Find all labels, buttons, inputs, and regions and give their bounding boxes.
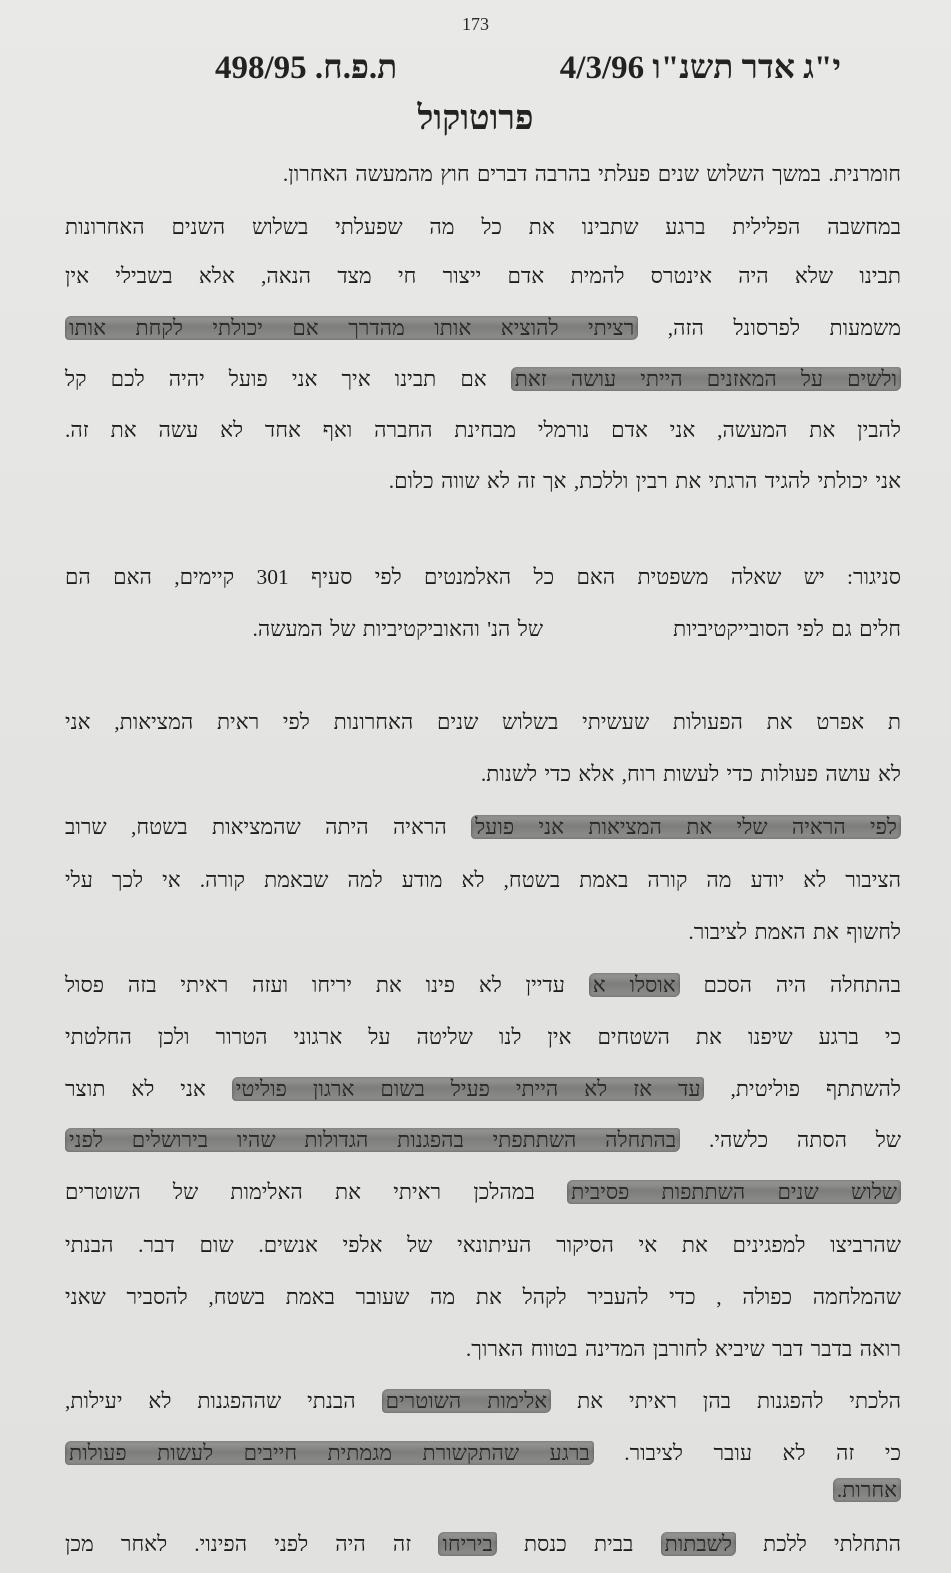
text-segment: חומרנית. במשך השלוש שנים פעלתי בהרבה דבר… — [283, 162, 901, 186]
page-number: 173 — [0, 14, 951, 35]
text-segment: במחשבה הפלילית ברגע שתבינו את כל מה שפעל… — [65, 215, 901, 239]
text-segment: הלכתי להפגנות בהן ראיתי את — [551, 1389, 901, 1413]
text-line: תבינו שלא היה אינטרס להמית אדם ייצור חי … — [65, 262, 901, 290]
text-segment: אם תבינו איך אני פועל יהיה לכם קל — [65, 367, 511, 391]
text-segment: שהרביצו למפגינים את אי הסיקור העיתונאי ש… — [65, 1233, 901, 1257]
text-segment: הבנתי שההפגנות לא יעילות, — [65, 1389, 382, 1413]
text-segment: כי ברגע שיפנו את השטחים אין לנו שליטה על… — [65, 1025, 901, 1049]
text-segment: בהתחלה היה הסכם — [680, 973, 901, 997]
text-segment: של הסתה כלשהי. — [680, 1128, 901, 1152]
text-line: חומרנית. במשך השלוש שנים פעלתי בהרבה דבר… — [65, 160, 901, 188]
highlighted-text: אוסלו א — [589, 973, 680, 997]
text-line: של הסתה כלשהי. בהתחלה השתתפתי בהפגנות הג… — [65, 1126, 901, 1154]
text-segment: הציבור לא יודע מה קורה באמת בשטח, לא מוד… — [65, 868, 901, 892]
text-segment: לחשוף את האמת לציבור. — [688, 920, 901, 944]
text-segment: ת אפרט את הפעולות שעשיתי בשלוש שנים האחר… — [65, 710, 901, 734]
text-segment: חלים גם לפי הסובייקטיביות — [673, 617, 901, 641]
text-line: כי ברגע שיפנו את השטחים אין לנו שליטה על… — [65, 1023, 901, 1051]
text-line: רואה בדבר דבר שיביא לחורבן המדינה בטווח … — [65, 1335, 901, 1363]
text-segment: כי זה לא עובר לציבור. — [594, 1441, 901, 1465]
hebrew-date: י"ג אדר תשנ"ו 4/3/96 — [560, 50, 841, 87]
text-line: כי זה לא עובר לציבור. ברגע שהתקשורת מגמת… — [65, 1439, 901, 1467]
document-page: 173 י"ג אדר תשנ"ו 4/3/96 ת.פ.ח. 498/95 פ… — [0, 0, 951, 1573]
text-segment: רואה בדבר דבר שיביא לחורבן המדינה בטווח … — [466, 1337, 901, 1361]
text-segment: התחלתי ללכת — [736, 1532, 901, 1556]
text-line: שהמלחמה כפולה , כדי להעביר לקהל את מה שע… — [65, 1283, 901, 1311]
text-line: משמעות לפרסונל הזה, רציתי להוציא אותו מה… — [65, 314, 901, 342]
page-title: פרוטוקול — [0, 100, 951, 138]
highlighted-text: ביריחו — [438, 1532, 496, 1556]
text-segment: בבית כנסת — [497, 1532, 661, 1556]
text-line: התחלתי ללכת לשבתות בבית כנסת ביריחו זה ה… — [65, 1530, 901, 1558]
text-line: לפי הראיה שלי את המציאות אני פועל הראיה … — [65, 813, 901, 841]
highlighted-text: בהתחלה השתתפתי בהפגנות הגדולות שהיו בירו… — [65, 1128, 680, 1152]
highlighted-text: לשבתות — [661, 1532, 736, 1556]
highlighted-text: רציתי להוציא אותו מהדרך אם יכולתי לקחת א… — [65, 316, 638, 340]
highlighted-text: אלימות השוטרים — [382, 1389, 552, 1413]
text-line: סניגור: יש שאלה משפטית האם כל האלמנטים ל… — [65, 563, 901, 591]
highlighted-text: לפי הראיה שלי את המציאות אני פועל — [471, 815, 901, 839]
text-line: לא עושה פעולות כדי לעשות רוח, אלא כדי לש… — [65, 760, 901, 788]
text-line: ת אפרט את הפעולות שעשיתי בשלוש שנים האחר… — [65, 708, 901, 736]
text-segment: במהלכן ראיתי את האלימות של השוטרים — [65, 1180, 567, 1204]
text-line: אני יכולתי להגיד הרגתי את רבין וללכת, אך… — [65, 467, 901, 495]
text-line: להשתתף פוליטית, עד אז לא הייתי פעיל בשום… — [65, 1075, 901, 1103]
text-segment: אני יכולתי להגיד הרגתי את רבין וללכת, אך… — [389, 469, 901, 493]
text-segment: הראיה היתה שהמציאות בשטח, שרוב — [65, 815, 471, 839]
text-segment: זה היה לפני הפינוי. לאחר מכן — [65, 1532, 438, 1556]
text-line: לחשוף את האמת לציבור. — [65, 918, 901, 946]
text-segment: לא עושה פעולות כדי לעשות רוח, אלא כדי לש… — [481, 762, 901, 786]
highlighted-text: שלוש שנים השתתפות פסיבית — [567, 1180, 901, 1204]
highlighted-text: אחרות. — [833, 1478, 901, 1502]
text-segment: עדיין לא פינו את יריחו ועזה ראיתי בזה פס… — [65, 973, 589, 997]
text-line: ולשים על המאזנים הייתי עושה זאת אם תבינו… — [65, 365, 901, 393]
text-line: אחרות. — [65, 1476, 901, 1504]
highlighted-text: ברגע שהתקשורת מגמתית חייבים לעשות פעולות — [65, 1441, 594, 1465]
text-line: שהרביצו למפגינים את אי הסיקור העיתונאי ש… — [65, 1231, 901, 1259]
text-segment: של הנ' והאוביקטיביות של המעשה. — [253, 617, 544, 641]
text-line: הציבור לא יודע מה קורה באמת בשטח, לא מוד… — [65, 866, 901, 894]
text-segment: שהמלחמה כפולה , כדי להעביר לקהל את מה שע… — [65, 1285, 901, 1309]
text-segment: משמעות לפרסונל הזה, — [638, 316, 901, 340]
text-segment: תבינו שלא היה אינטרס להמית אדם ייצור חי … — [65, 264, 901, 288]
text-segment: להשתתף פוליטית, — [704, 1077, 901, 1101]
text-segment: סניגור: יש שאלה משפטית האם כל האלמנטים ל… — [65, 565, 901, 589]
text-line: במחשבה הפלילית ברגע שתבינו את כל מה שפעל… — [65, 213, 901, 241]
text-line: להבין את המעשה, אני אדם נורמלי מבחינת הח… — [65, 416, 901, 444]
highlighted-text: עד אז לא הייתי פעיל בשום ארגון פוליטי — [232, 1077, 705, 1101]
text-segment: להבין את המעשה, אני אדם נורמלי מבחינת הח… — [65, 418, 901, 442]
text-line: הלכתי להפגנות בהן ראיתי את אלימות השוטרי… — [65, 1387, 901, 1415]
text-line: שלוש שנים השתתפות פסיבית במהלכן ראיתי את… — [65, 1178, 901, 1206]
text-segment: אני לא תוצר — [65, 1077, 232, 1101]
text-line: חלים גם לפי הסובייקטיביותשל הנ' והאוביקט… — [65, 615, 901, 643]
case-number: ת.פ.ח. 498/95 — [215, 50, 397, 87]
highlighted-text: ולשים על המאזנים הייתי עושה זאת — [511, 367, 901, 391]
document-header: י"ג אדר תשנ"ו 4/3/96 ת.פ.ח. 498/95 — [0, 50, 951, 100]
text-line: בהתחלה היה הסכם אוסלו א עדיין לא פינו את… — [65, 971, 901, 999]
